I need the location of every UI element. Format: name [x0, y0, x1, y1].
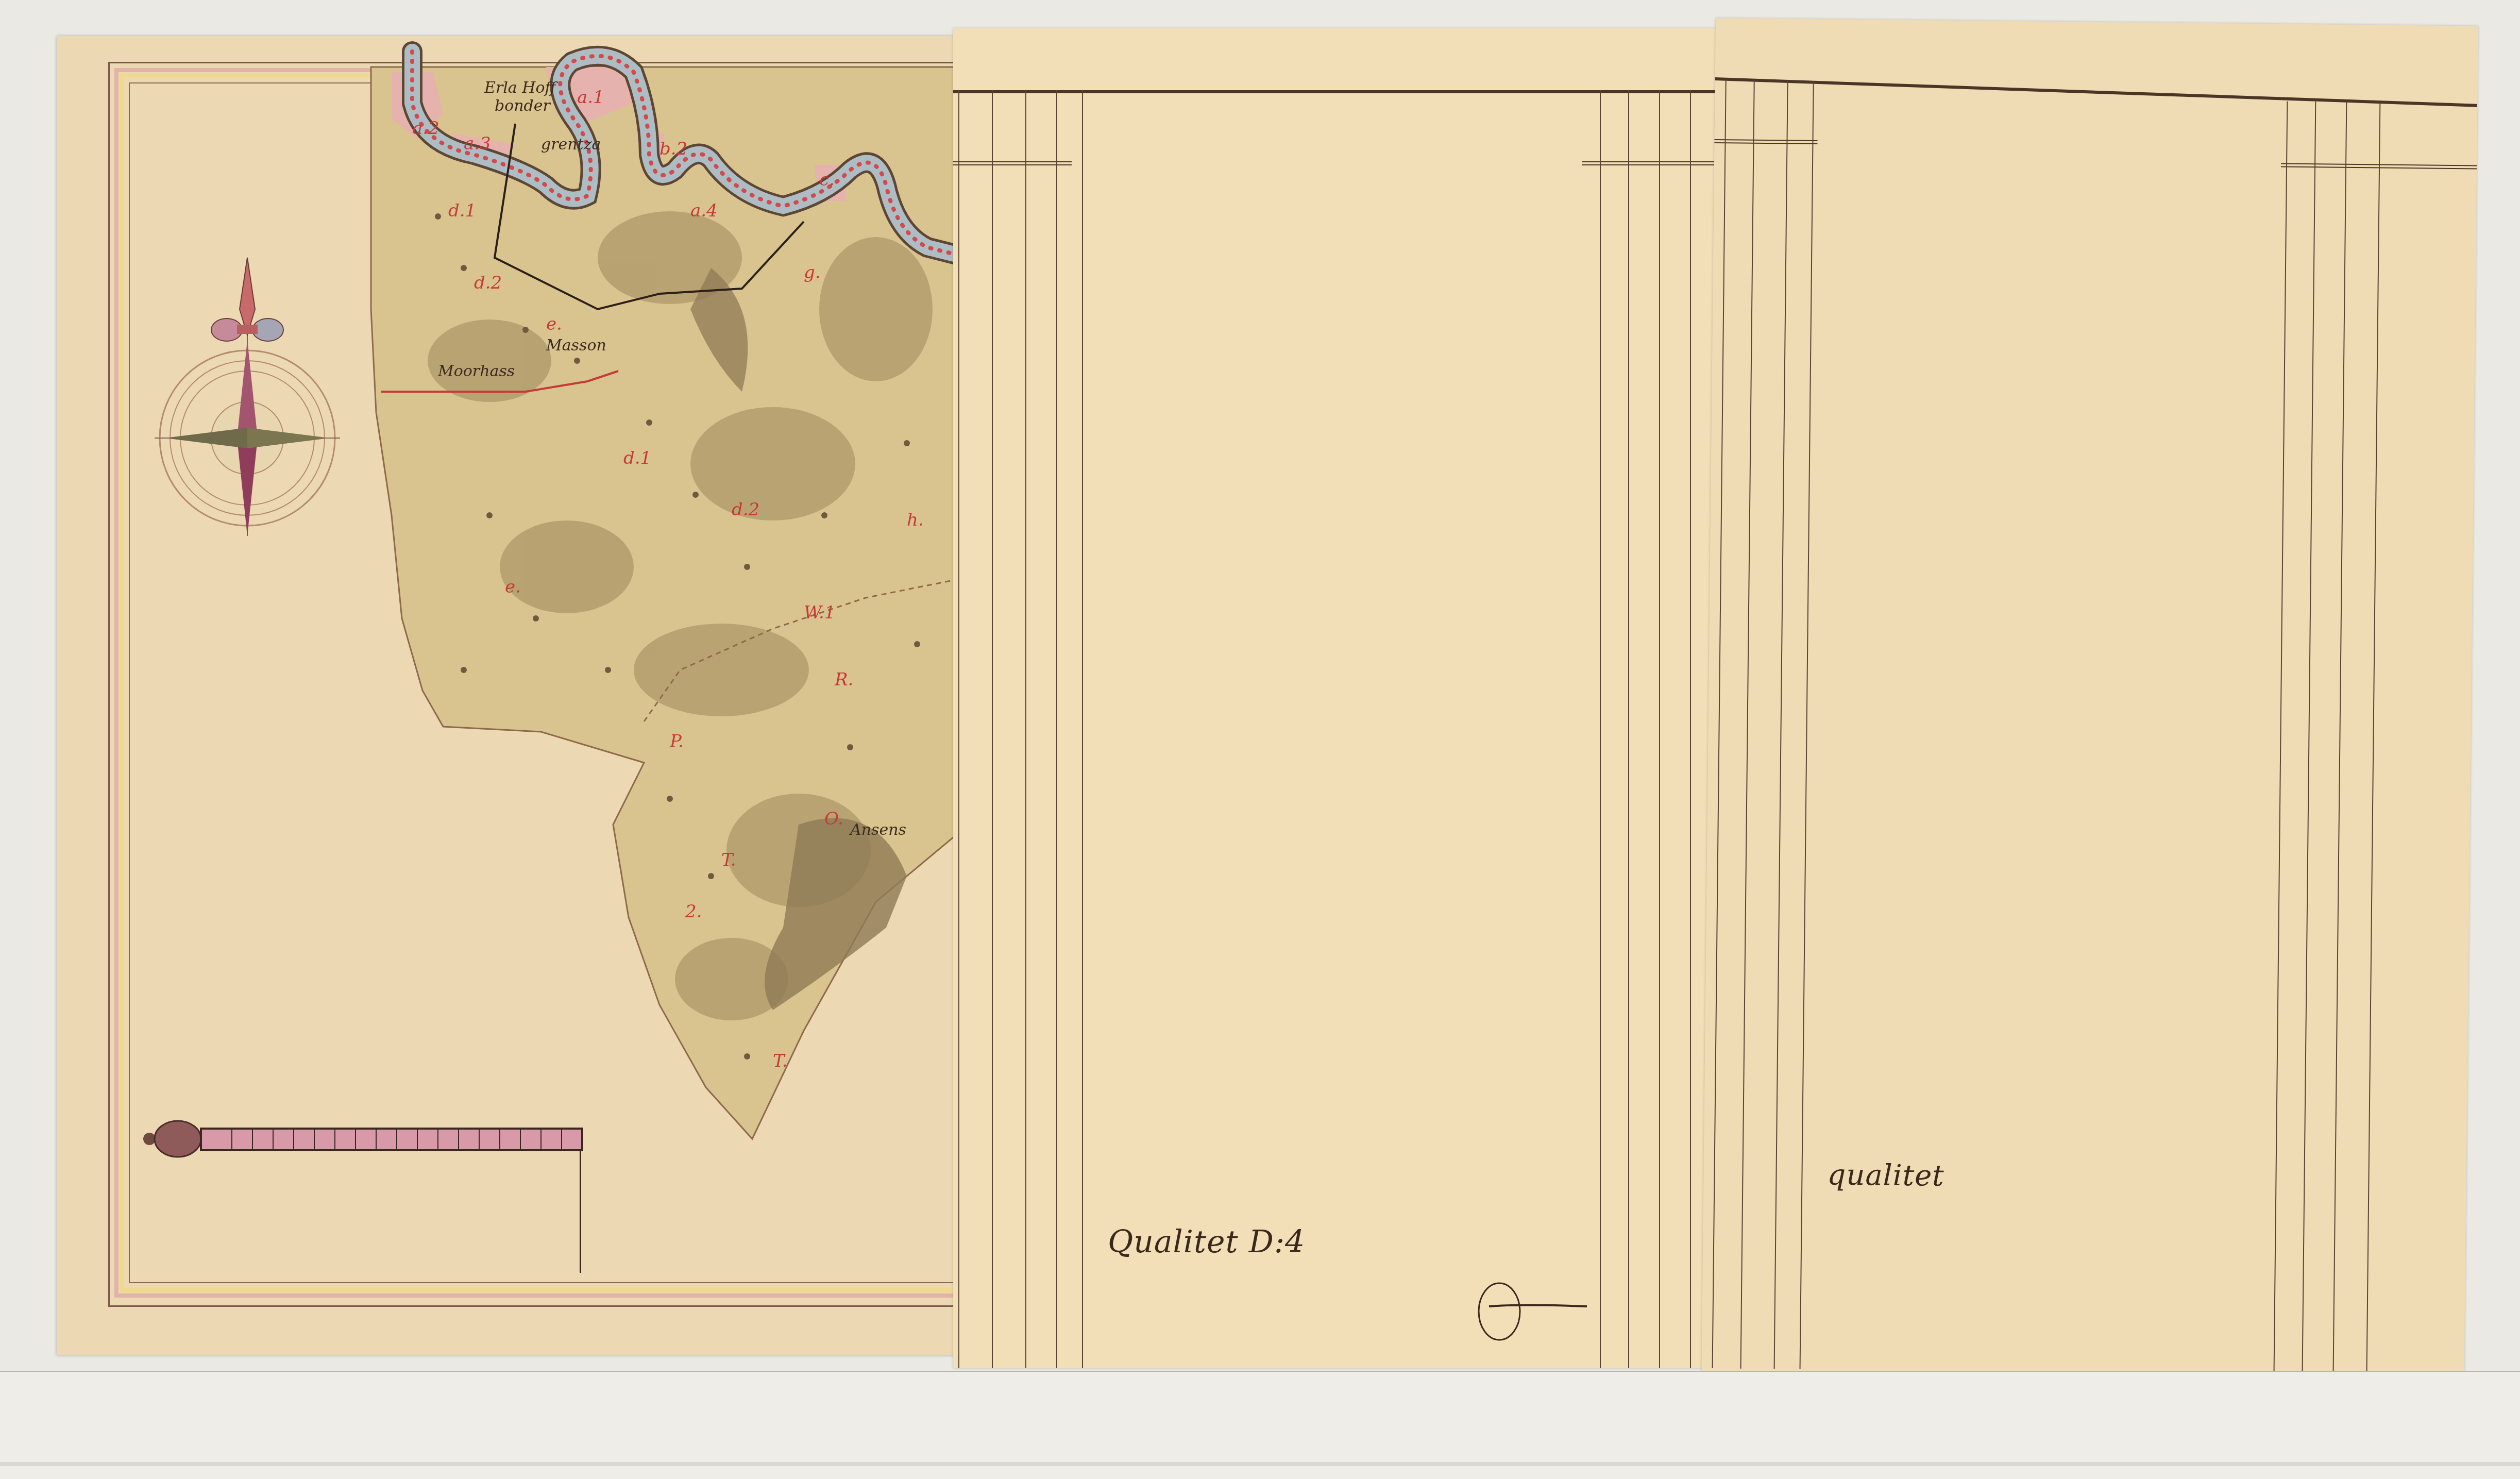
svg-text:e.: e. — [505, 577, 521, 597]
entry-text — [1815, 869, 2274, 874]
entry-text — [1816, 797, 2274, 802]
entry-text — [1826, 733, 2275, 737]
svg-text:Masson: Masson — [546, 337, 606, 355]
entry-text — [1813, 1034, 2272, 1039]
compass-rose-icon — [149, 247, 345, 546]
column-rule — [1600, 90, 1601, 1368]
measuring-ruler — [0, 1371, 2520, 1479]
svg-text:W.1: W.1 — [804, 602, 835, 623]
svg-text:T.: T. — [721, 850, 736, 870]
svg-text:d.1: d.1 — [448, 200, 476, 221]
svg-text:a.1: a.1 — [577, 87, 604, 108]
svg-text:Ansens: Ansens — [849, 821, 906, 839]
column-rule — [992, 90, 993, 1368]
column-rule — [1056, 90, 1057, 1368]
entry-text — [1829, 560, 2277, 565]
header-rule-lower — [953, 164, 1072, 165]
qualitet-label: Qualitet D:4 — [1108, 1224, 1305, 1260]
svg-text:d.2: d.2 — [474, 273, 502, 293]
manuscript-page-right: qualitet — [1701, 18, 2478, 1391]
column-rule — [1740, 80, 1755, 1369]
column-rule — [1712, 80, 1727, 1368]
svg-text:2.: 2. — [685, 901, 702, 922]
header-rule-lower — [1714, 142, 1817, 144]
entry-text — [1812, 1127, 2271, 1132]
header-rule-lower — [1582, 164, 1731, 165]
svg-text:g.: g. — [804, 262, 821, 283]
signature-flourish-icon — [1468, 1275, 1592, 1342]
svg-text:d.2: d.2 — [732, 499, 759, 520]
column-rule — [2302, 102, 2316, 1374]
svg-text:h.: h. — [907, 510, 924, 530]
svg-text:b.2: b.2 — [659, 139, 687, 159]
column-rule — [1774, 80, 1788, 1369]
svg-text:bonder: bonder — [495, 97, 551, 115]
column-rule — [2366, 103, 2380, 1375]
column-rule — [1690, 90, 1691, 1368]
ruler-band — [0, 1462, 2520, 1466]
entry-text — [1822, 220, 2280, 225]
column-rule — [1659, 90, 1660, 1368]
entry-text — [1814, 998, 2272, 1003]
closing-line — [1830, 400, 2284, 405]
column-rule — [1025, 90, 1026, 1368]
column-rule — [1628, 90, 1629, 1368]
entry-text — [1818, 1091, 2271, 1096]
svg-text:c.: c. — [819, 170, 835, 190]
header-rule-lower — [1582, 161, 1731, 162]
entry-text — [1827, 704, 2275, 709]
svg-text:e.: e. — [546, 314, 562, 334]
entry-text — [1821, 323, 2279, 328]
svg-text:a.4: a.4 — [690, 200, 718, 221]
entry-text — [1816, 761, 2275, 766]
header-rule-lower — [1715, 139, 1818, 141]
svg-text:a.3: a.3 — [464, 133, 491, 154]
svg-text:d.1: d.1 — [623, 448, 651, 468]
entry-text — [1822, 184, 2281, 189]
entry-text — [1829, 524, 2277, 529]
column-rule — [2332, 102, 2347, 1375]
qualitet-label: qualitet — [1827, 1158, 1944, 1192]
svg-text:T.: T. — [773, 1051, 788, 1071]
manuscript-page-left: Qualitet D:4 — [953, 28, 1731, 1368]
entry-text — [1815, 833, 2274, 838]
svg-text:grentza: grentza — [541, 136, 601, 154]
header-rule — [1715, 77, 2477, 107]
header-rule-lower — [953, 161, 1072, 162]
entry-text — [1822, 148, 2281, 153]
entry-text — [1821, 272, 2280, 276]
svg-text:Erla Hoff: Erla Hoff — [484, 79, 558, 97]
svg-text:Moorhass: Moorhass — [437, 362, 515, 380]
scale-cartouche-line — [580, 1149, 581, 1273]
svg-text:P.: P. — [669, 731, 684, 752]
svg-text:R.: R. — [834, 669, 853, 690]
svg-text:a.2: a.2 — [412, 118, 439, 139]
entry-text — [1828, 674, 2276, 678]
entry-text — [1815, 905, 2273, 910]
column-rule — [958, 90, 959, 1368]
column-rule — [2274, 102, 2288, 1374]
scale-tick-labels — [242, 1108, 634, 1123]
entry-text — [1828, 596, 2276, 601]
svg-text:O.: O. — [824, 809, 843, 829]
column-rule — [1800, 81, 1814, 1369]
column-rule — [1082, 90, 1083, 1368]
header-rule — [953, 90, 1731, 93]
entry-text — [1819, 962, 2273, 967]
